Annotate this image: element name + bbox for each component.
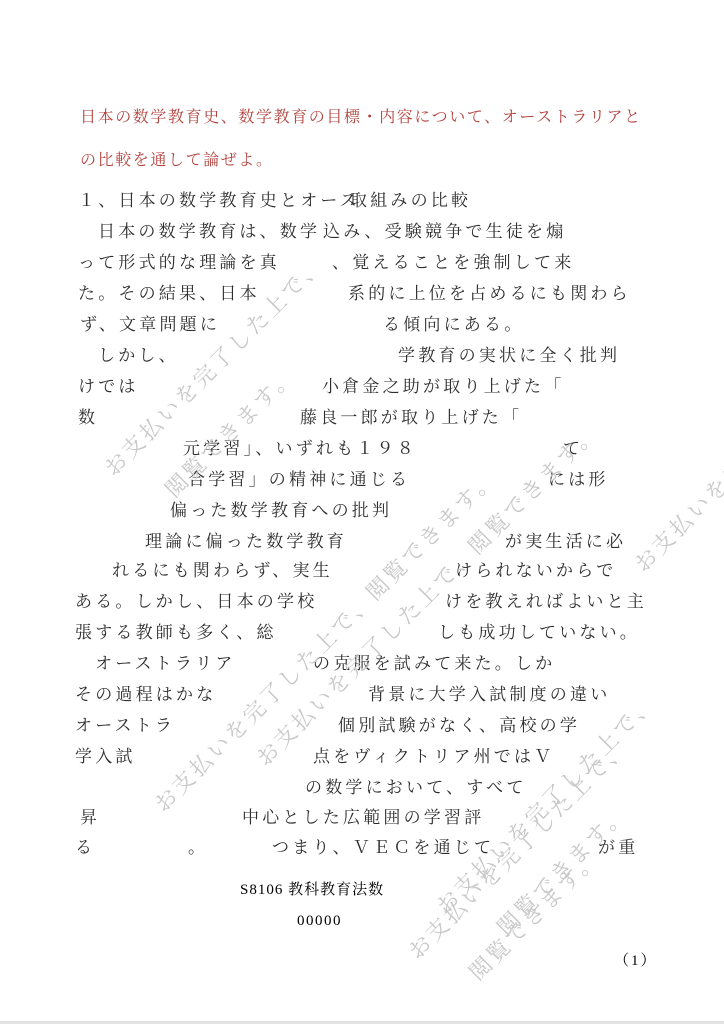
body-text-segment: 個別試験がなく、高校の学 [338, 711, 580, 736]
body-text-segment: しかし、 [98, 341, 179, 366]
payment-watermark: お支払いを完了した上で、閲覧できます。 [392, 723, 686, 1017]
body-line: 合学習」の精神に通じるには形 [0, 465, 724, 489]
body-line: た。その結果、日本系的に上位を占めるにも関わら [0, 279, 724, 303]
course-code: S8106 教科教育法数 [240, 878, 384, 899]
body-line: 数藤良一郎が取り上げた「 [0, 403, 724, 427]
body-text-segment: 込み、受験競争で生徒を煽 [323, 217, 566, 242]
body-text-segment: る [75, 833, 95, 858]
body-text-segment: 学入試 [75, 742, 136, 767]
body-text-segment: る傾向にある。 [383, 310, 524, 335]
body-text-segment: 日本の数学教育は、数学 [98, 217, 320, 242]
body-text-segment: れるにも関わらず、実生 [112, 556, 333, 581]
page-number: （1） [614, 949, 658, 970]
body-line: 昇中心とした広範囲の学習評 [0, 803, 724, 827]
body-text-segment: １、日本の数学教育史とオース [78, 186, 360, 211]
body-text-segment: 取組みの比較 [350, 186, 471, 211]
body-line: １、日本の数学教育史とオース取組みの比較 [0, 186, 724, 210]
body-line: 偏った数学教育への批判 [0, 496, 724, 520]
body-line: 張する教師も多く、総しも成功していない。 [0, 618, 724, 642]
body-text-segment: その過程はかな [75, 680, 216, 705]
body-text-segment: 、覚えることを強制して来 [332, 248, 574, 273]
body-line: 日本の数学教育は、数学込み、受験競争で生徒を煽 [0, 217, 724, 241]
essay-prompt-line-2: の比較を通して論ぜよ。 [80, 139, 642, 182]
body-text-segment: って形式的な理論を真 [78, 248, 280, 273]
body-text-segment: 元学習」、いずれも１９８ [183, 434, 417, 459]
body-text-segment: オーストラ [75, 711, 175, 736]
body-text-segment: の克服を試みて来た。しか [313, 649, 555, 674]
body-line: ず、文章問題にる傾向にある。 [0, 310, 724, 334]
body-text-segment: オーストラリア [95, 649, 236, 674]
body-text-segment: ある。しかし、日本の学校 [75, 587, 317, 612]
body-line: れるにも関わらず、実生けられないからで [0, 556, 724, 580]
body-line: しかし、学教育の実状に全く批判 [0, 341, 724, 365]
body-text-segment: 藤良一郎が取り上げた「 [300, 403, 522, 428]
body-line: の数学において、すべて [0, 773, 724, 797]
body-text-segment: けを教えればよいと主 [445, 587, 647, 612]
body-text-segment: 理論に偏った数学教育 [145, 527, 347, 552]
body-line: って形式的な理論を真、覚えることを強制して来 [0, 248, 724, 272]
body-text-segment: 系的に上位を占めるにも関わら [348, 279, 631, 304]
body-text-segment: が実生活に必 [505, 527, 626, 552]
body-line: その過程はかな背景に大学入試制度の違い [0, 680, 724, 704]
body-text-segment: ず、文章問題に [80, 310, 220, 335]
body-text-segment: けられないからで [455, 556, 616, 581]
body-text-segment: の数学において、すべて [305, 773, 527, 798]
body-line: 学入試点をヴィクトリア州ではＶ [0, 742, 724, 766]
body-text-segment: て [563, 434, 583, 459]
body-text-segment: が重 [598, 833, 638, 858]
body-text-segment: 。 [188, 833, 208, 858]
body-line: る。つまり、ＶＥＣを通じてが重 [0, 833, 724, 857]
body-text-segment: けでは [78, 372, 139, 397]
body-text-segment: 昇 [80, 803, 100, 828]
body-text-segment: 背景に大学入試制度の違い [368, 680, 610, 705]
body-text-segment: た。その結果、日本 [78, 279, 260, 304]
body-text-segment: 合学習」の精神に通じる [188, 465, 410, 490]
essay-prompt-line-1: 日本の数学教育史、数学教育の目標・内容について、オーストラリアと [80, 96, 642, 139]
body-text-segment: 小倉金之助が取り上げた「 [322, 372, 564, 397]
body-line: ある。しかし、日本の学校けを教えればよいと主 [0, 587, 724, 611]
essay-prompt: 日本の数学教育史、数学教育の目標・内容について、オーストラリアと の比較を通して… [80, 96, 642, 182]
body-text-segment: には形 [548, 465, 609, 490]
body-text-segment: 点をヴィクトリア州ではＶ [313, 742, 554, 767]
body-text-segment: 張する教師も多く、総 [75, 618, 277, 643]
body-line: オーストラ個別試験がなく、高校の学 [0, 711, 724, 735]
body-line: 理論に偏った数学教育が実生活に必 [0, 527, 724, 551]
student-number: 00000 [297, 913, 342, 930]
body-text-segment: 学教育の実状に全く批判 [398, 341, 620, 366]
document-page: 日本の数学教育史、数学教育の目標・内容について、オーストラリアと の比較を通して… [0, 0, 724, 1024]
body-text-segment: しも成功していない。 [438, 618, 640, 643]
body-text-segment: つまり、ＶＥＣを通じて [272, 833, 494, 858]
body-line: オーストラリアの克服を試みて来た。しか [0, 649, 724, 673]
body-line: けでは小倉金之助が取り上げた「 [0, 372, 724, 396]
body-text-segment: 偏った数学教育への批判 [170, 496, 392, 521]
body-text-segment: 中心とした広範囲の学習評 [242, 803, 484, 828]
body-text-segment: 数 [78, 403, 98, 428]
body-line: 元学習」、いずれも１９８て [0, 434, 724, 458]
